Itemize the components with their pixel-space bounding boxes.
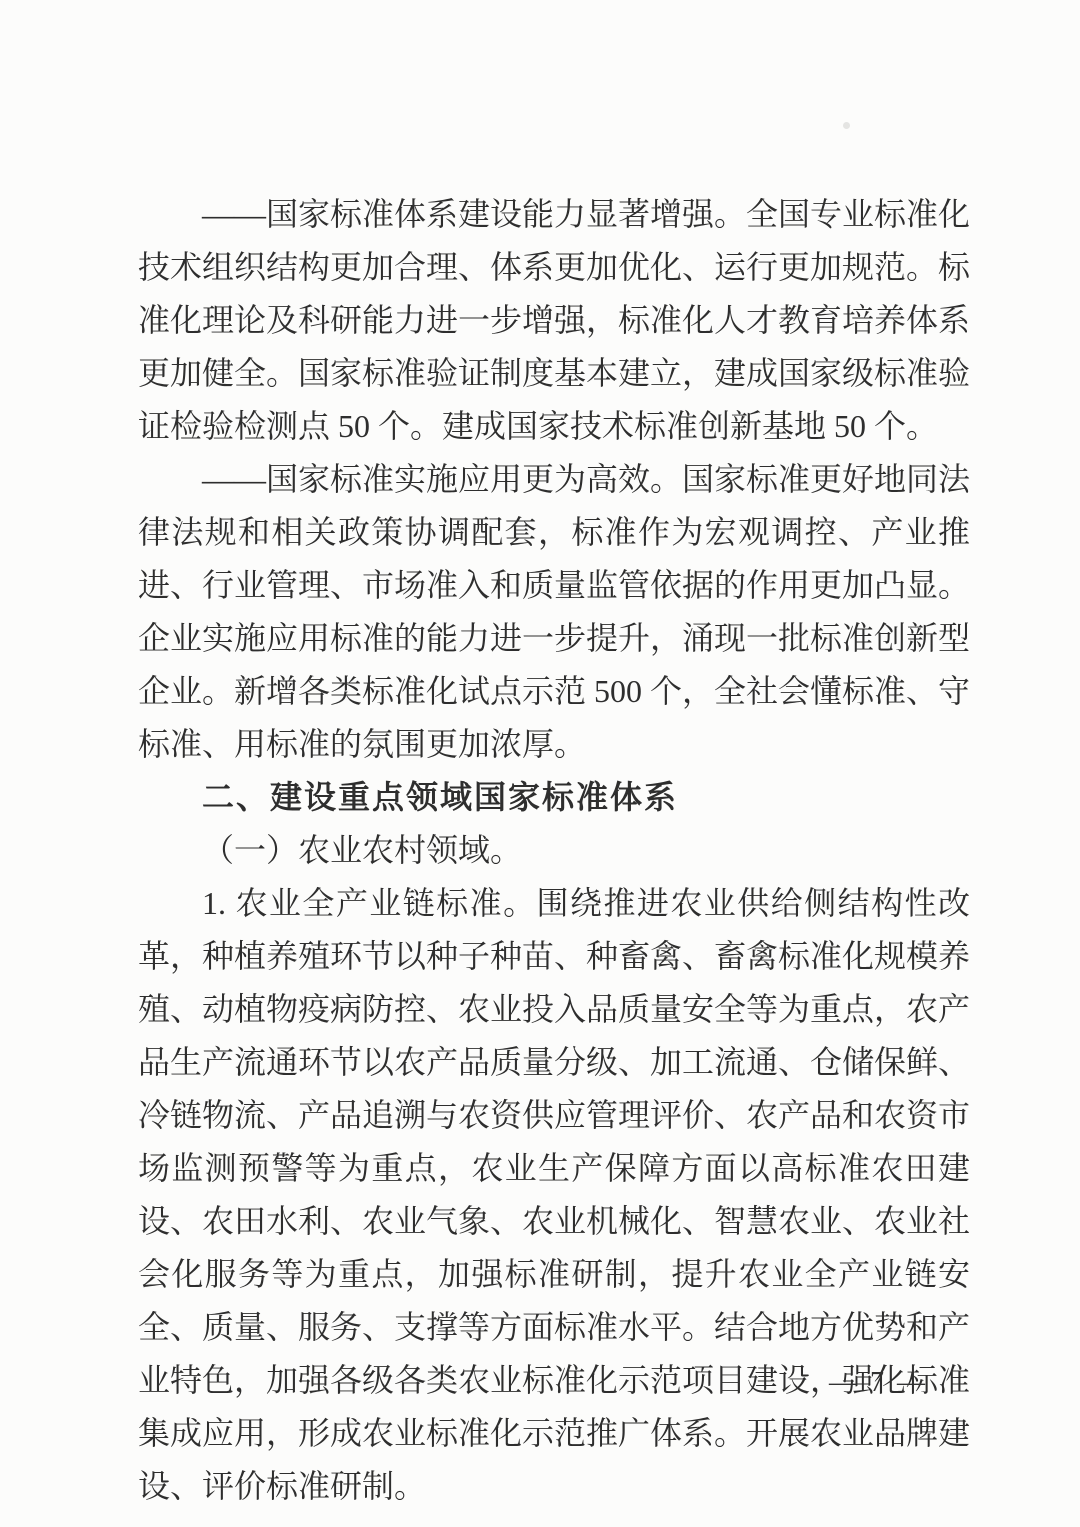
paragraph-standards-implementation-efficiency: ——国家标准实施应用更为高效。国家标准更好地同法律法规和相关政策协调配套，标准作…	[138, 453, 970, 771]
subsection-heading-agriculture-rural-area: （一）农业农村领域。	[138, 824, 970, 877]
scan-artifact-dot	[843, 122, 850, 129]
document-body: ——国家标准体系建设能力显著增强。全国专业标准化技术组织结构更加合理、体系更加优…	[138, 188, 970, 1513]
page-number: — 7 —	[829, 1366, 928, 1400]
section-heading-key-areas-standard-system: 二、建设重点领域国家标准体系	[138, 771, 970, 824]
document-page: ——国家标准体系建设能力显著增强。全国专业标准化技术组织结构更加合理、体系更加优…	[0, 0, 1080, 1527]
paragraph-agriculture-full-industry-chain-standards: 1. 农业全产业链标准。围绕推进农业供给侧结构性改革，种植养殖环节以种子种苗、种…	[138, 877, 970, 1513]
paragraph-national-standard-system-capacity: ——国家标准体系建设能力显著增强。全国专业标准化技术组织结构更加合理、体系更加优…	[138, 188, 970, 453]
